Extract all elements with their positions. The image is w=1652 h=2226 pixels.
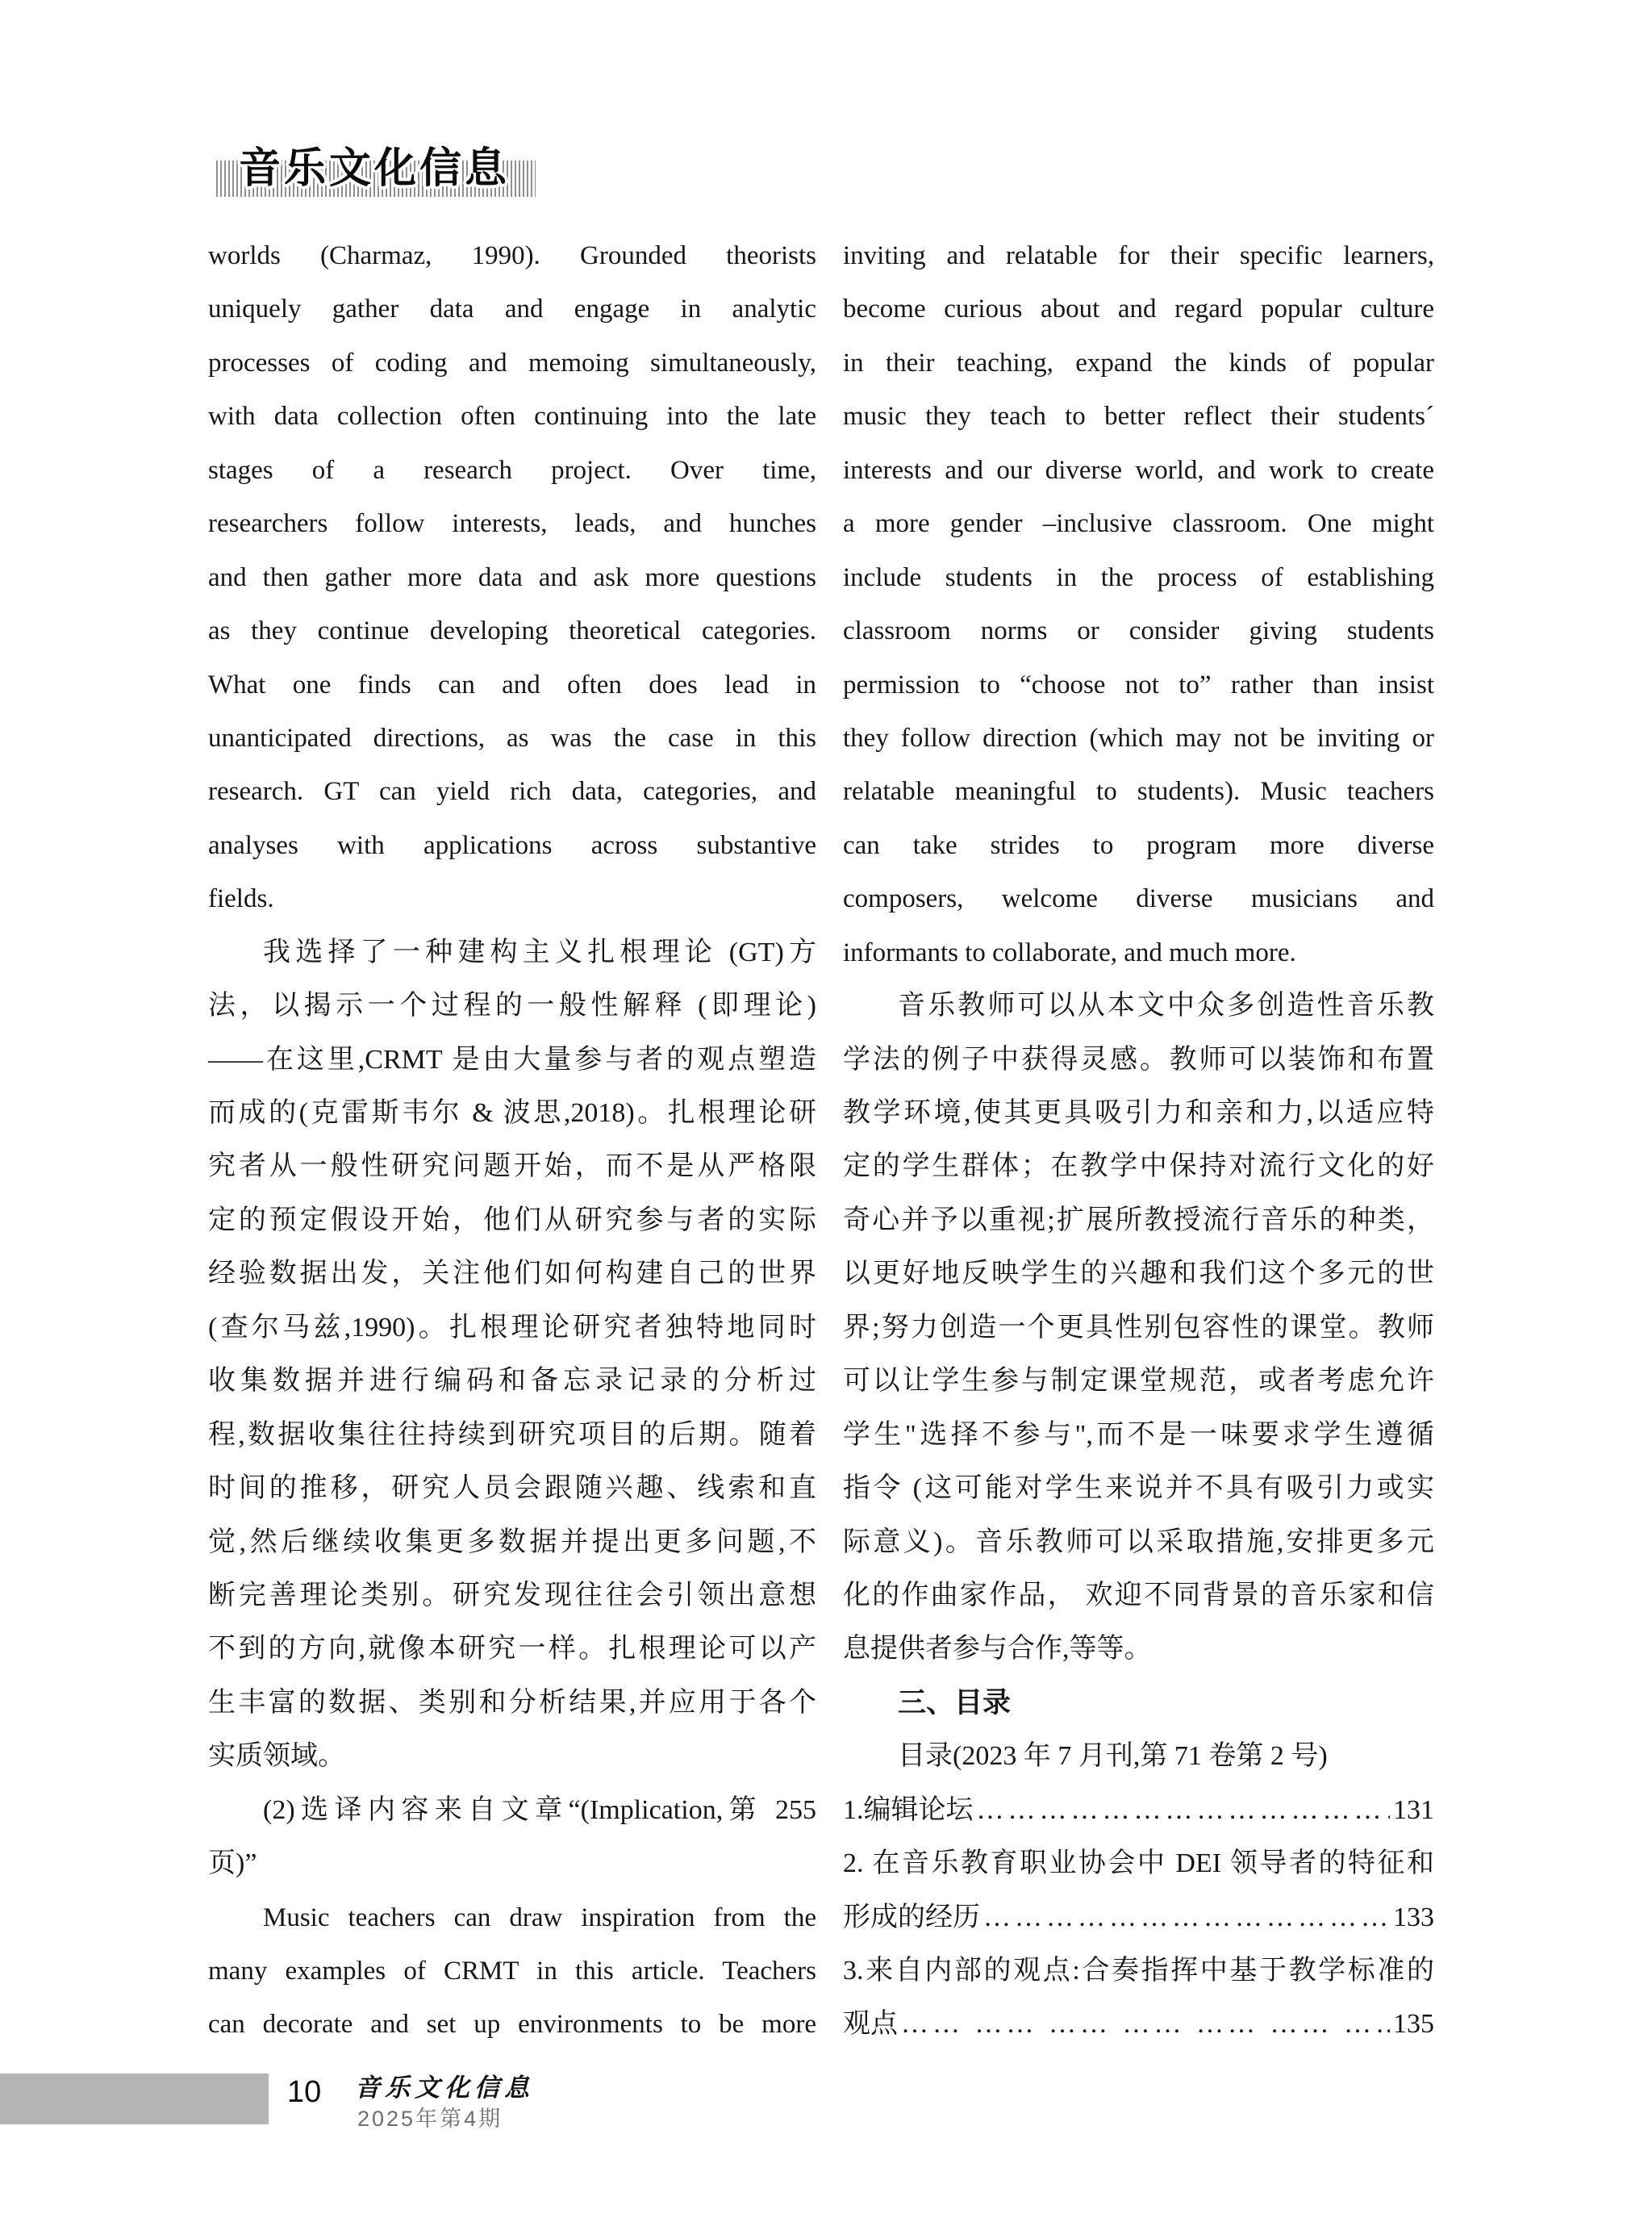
right-text-column: inviting and relatable for their specifi…: [843, 229, 1434, 2052]
text-line: include students in the process of estab…: [843, 551, 1434, 604]
text-line: 程,数据收集往往持续到研究项目的后期。随着: [208, 1409, 816, 1462]
text-line: What one finds can and often does lead i…: [208, 658, 816, 712]
text-line: interests and our diverse world, and wor…: [843, 444, 1434, 497]
text-line: classroom norms or consider giving stude…: [843, 604, 1434, 658]
text-line: 2. 在音乐教育职业协会中 DEI 领导者的特征和: [843, 1837, 1434, 1890]
text-line: many examples of CRMT in this article. T…: [208, 1944, 816, 1998]
text-line: can take strides to program more diverse: [843, 819, 1434, 872]
text-line: 学法的例子中获得灵感。教师可以装饰和布置: [843, 1034, 1434, 1087]
toc-page-number: 131: [1393, 1784, 1434, 1837]
text-line: 不到的方向,就像本研究一样。扎根理论可以产: [208, 1623, 816, 1676]
text-line: as they continue developing theoretical …: [208, 604, 816, 658]
text-line: 而成的(克雷斯韦尔 & 波思,2018)。扎根理论研: [208, 1087, 816, 1140]
text-line: 3.来自内部的观点:合奏指挥中基于教学标准的: [843, 1944, 1434, 1998]
text-line: and then gather more data and ask more q…: [208, 551, 816, 604]
footer-journal-title: 音乐文化信息: [355, 2067, 534, 2103]
text-line: fields.: [208, 872, 816, 925]
footer-issue-label: 2025年第4期: [357, 2101, 503, 2132]
text-line: in their teaching, expand the kinds of p…: [843, 336, 1434, 390]
text-line: 断完善理论类别。研究发现往往会引领出意想: [208, 1569, 816, 1623]
text-line: research. GT can yield rich data, catego…: [208, 765, 816, 818]
page-number: 10: [287, 2075, 321, 2110]
text-line: stages of a research project. Over time,: [208, 444, 816, 497]
toc-dot-leader: …… …… …… …… …… …… …… …… …… ……: [901, 1998, 1390, 2051]
journal-page: 音乐文化信息 worlds (Charmaz, 1990). Grounded …: [0, 0, 1652, 2226]
toc-entry-title: 1.编辑论坛: [843, 1784, 974, 1837]
text-line: 息提供者参与合作,等等。: [843, 1623, 1434, 1676]
text-line: informants to collaborate, and much more…: [843, 926, 1434, 979]
text-line: 界;努力创造一个更具性别包容性的课堂。教师: [843, 1301, 1434, 1355]
text-line: can decorate and set up environments to …: [208, 1998, 816, 2051]
text-line: 可以让学生参与制定课堂规范，或者考虑允许: [843, 1355, 1434, 1408]
text-line: uniquely gather data and engage in analy…: [208, 282, 816, 336]
text-line: become curious about and regard popular …: [843, 282, 1434, 336]
text-line: researchers follow interests, leads, and…: [208, 497, 816, 550]
text-line: relatable meaningful to students). Music…: [843, 765, 1434, 818]
text-line: ——在这里,CRMT 是由大量参与者的观点塑造: [208, 1034, 816, 1087]
toc-dot-leader: ……………………………………………………………………: [977, 1784, 1391, 1837]
text-line: 究者从一般性研究问题开始，而不是从严格限: [208, 1140, 816, 1193]
text-line: 学生"选择不参与",而不是一味要求学生遵循: [843, 1409, 1434, 1462]
text-line: 定的预定假设开始，他们从研究参与者的实际: [208, 1194, 816, 1247]
text-line: 奇心并予以重视;扩展所教授流行音乐的种类，: [843, 1194, 1434, 1247]
footer-accent-bar: [0, 2074, 269, 2124]
text-line: 收集数据并进行编码和备忘录记录的分析过: [208, 1355, 816, 1408]
text-line: 觉,然后继续收集更多数据并提出更多问题,不: [208, 1516, 816, 1569]
text-line: 以更好地反映学生的兴趣和我们这个多元的世: [843, 1247, 1434, 1301]
text-line: permission to “choose not to” rather tha…: [843, 658, 1434, 712]
text-line: 际意义)。音乐教师可以采取措施,安排更多元: [843, 1516, 1434, 1569]
toc-entry-title: 形成的经历: [843, 1891, 980, 1944]
text-line: music they teach to better reflect their…: [843, 390, 1434, 443]
toc-entry-line: 形成的经历……………………………………………………………………133: [843, 1891, 1434, 1944]
text-line: with data collection often continuing in…: [208, 390, 816, 443]
text-line: 化的作曲家作品， 欢迎不同背景的音乐家和信: [843, 1569, 1434, 1623]
toc-dot-leader: ……………………………………………………………………: [983, 1891, 1390, 1944]
text-line: they follow direction (which may not be …: [843, 712, 1434, 765]
toc-entry-title: 观点: [843, 1998, 898, 2051]
text-line: 三、目录: [843, 1677, 1434, 1730]
text-line: 教学环境,使其更具吸引力和亲和力,以适应特: [843, 1087, 1434, 1140]
text-line: processes of coding and memoing simultan…: [208, 336, 816, 390]
text-line: Music teachers can draw inspiration from…: [208, 1891, 816, 1944]
toc-entry-line: 观点…… …… …… …… …… …… …… …… …… ……135: [843, 1998, 1434, 2051]
left-text-column: worlds (Charmaz, 1990). Grounded theoris…: [208, 229, 816, 2052]
toc-page-number: 135: [1393, 1998, 1434, 2051]
text-line: 经验数据出发，关注他们如何构建自己的世界: [208, 1247, 816, 1301]
text-line: (2)选译内容来自文章“(Implication,第 255: [208, 1784, 816, 1837]
text-line: 法，以揭示一个过程的一般性解释 (即理论): [208, 979, 816, 1033]
toc-entry-line: 1.编辑论坛……………………………………………………………………131: [843, 1784, 1434, 1837]
text-line: analyses with applications across substa…: [208, 819, 816, 872]
text-line: 我选择了一种建构主义扎根理论 (GT)方: [208, 926, 816, 979]
text-line: worlds (Charmaz, 1990). Grounded theoris…: [208, 229, 816, 282]
journal-section-title: 音乐文化信息: [239, 134, 510, 194]
text-line: 定的学生群体；在教学中保持对流行文化的好: [843, 1140, 1434, 1193]
text-line: unanticipated directions, as was the cas…: [208, 712, 816, 765]
text-line: composers, welcome diverse musicians and: [843, 872, 1434, 925]
text-line: (查尔马兹,1990)。扎根理论研究者独特地同时: [208, 1301, 816, 1355]
text-line: 生丰富的数据、类别和分析结果,并应用于各个: [208, 1677, 816, 1730]
text-line: 指令 (这可能对学生来说并不具有吸引力或实: [843, 1462, 1434, 1515]
toc-page-number: 133: [1393, 1891, 1434, 1944]
text-line: 时间的推移，研究人员会跟随兴趣、线索和直: [208, 1462, 816, 1515]
text-line: 实质领域。: [208, 1730, 816, 1783]
text-line: 目录(2023 年 7 月刊,第 71 卷第 2 号): [843, 1730, 1434, 1783]
text-line: a more gender –inclusive classroom. One …: [843, 497, 1434, 550]
text-line: inviting and relatable for their specifi…: [843, 229, 1434, 282]
text-line: 页)”: [208, 1837, 816, 1890]
text-line: 音乐教师可以从本文中众多创造性音乐教: [843, 979, 1434, 1033]
